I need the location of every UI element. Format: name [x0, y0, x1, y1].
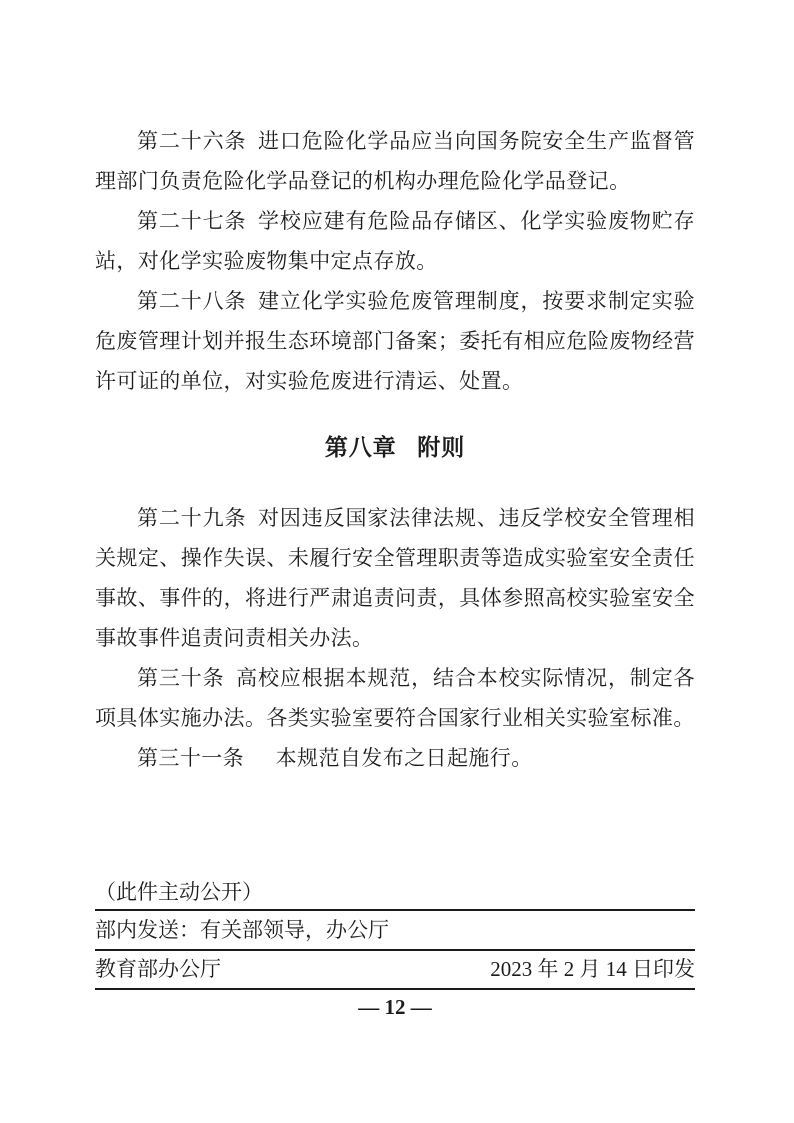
article-27-number: 第二十七条: [137, 209, 246, 233]
article-31-number: 第三十一条: [137, 746, 244, 770]
article-paragraph-28: 第二十八条建立化学实验危废管理制度，按要求制定实验危废管理计划并报生态环境部门备…: [95, 281, 695, 401]
article-26-number: 第二十六条: [137, 129, 246, 153]
document-page: { "document": { "body": { "paragraphs_be…: [0, 0, 794, 1123]
issuing-office: 教育部办公厅: [95, 956, 221, 982]
article-30-number: 第三十条: [137, 666, 225, 690]
chapter-title: 附则: [417, 434, 465, 460]
article-paragraph-26: 第二十六条进口危险化学品应当向国务院安全生产监督管理部门负责危险化学品登记的机构…: [95, 121, 695, 201]
chapter-heading: 第八章附则: [95, 427, 695, 467]
article-29-number: 第二十九条: [137, 506, 246, 530]
article-paragraph-29: 第二十九条对因违反国家法律法规、违反学校安全管理相关规定、操作失误、未履行安全管…: [95, 498, 695, 658]
issuer-row: 教育部办公厅 2023 年 2 月 14 日印发: [95, 951, 695, 990]
print-date: 2023 年 2 月 14 日印发: [490, 956, 695, 982]
document-body: 第二十六条进口危险化学品应当向国务院安全生产监督管理部门负责危险化学品登记的机构…: [95, 121, 695, 778]
document-footer: （此件主动公开） 部内发送：有关部领导，办公厅 教育部办公厅 2023 年 2 …: [95, 879, 695, 1019]
page-canvas: 第二十六条进口危险化学品应当向国务院安全生产监督管理部门负责危险化学品登记的机构…: [0, 0, 794, 1123]
article-paragraph-30: 第三十条高校应根据本规范，结合本校实际情况，制定各项具体实施办法。各类实验室要符…: [95, 658, 695, 738]
article-28-number: 第二十八条: [137, 289, 246, 313]
distribution-note: 部内发送：有关部领导，办公厅: [95, 911, 695, 951]
article-31-text: 本规范自发布之日起施行。: [276, 746, 533, 770]
article-paragraph-27: 第二十七条学校应建有危险品存储区、化学实验废物贮存站，对化学实验废物集中定点存放…: [95, 201, 695, 281]
article-paragraph-31: 第三十一条本规范自发布之日起施行。: [95, 738, 695, 778]
page-number: — 12 —: [95, 990, 695, 1019]
chapter-number: 第八章: [325, 434, 397, 460]
disclosure-note: （此件主动公开）: [95, 879, 695, 911]
